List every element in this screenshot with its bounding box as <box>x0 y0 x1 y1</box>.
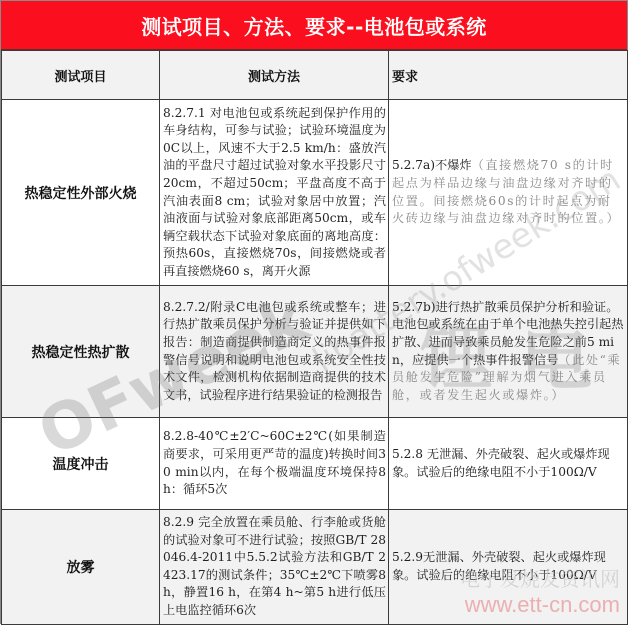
test-item-cell: 放雾 <box>2 510 160 625</box>
requirement-cell: 5.2.8 无泄漏、外壳破裂、起火或爆炸现象。试验后的绝缘电阻不小于100Ω/V <box>389 418 628 510</box>
test-spec-table: 测试项目 测试方法 要求 热稳定性外部火烧 8.2.7.1 对电池包或系统起到保… <box>1 50 628 625</box>
table-row: 热稳定性外部火烧 8.2.7.1 对电池包或系统起到保护作用的车身结构，可参与试… <box>2 100 628 286</box>
document-title: 测试项目、方法、要求--电池包或系统 <box>1 1 627 50</box>
test-item-cell: 热稳定性外部火烧 <box>2 100 160 286</box>
requirement-cell: 5.2.7b)进行热扩散乘员保护分析和验证。电池包或系统在由于单个电池热失控引起… <box>389 286 628 418</box>
header-test-item: 测试项目 <box>2 51 160 100</box>
test-method-cell: 8.2.7.2/附录C电池包或系统或整车；进行热扩散乘员保护分析与验证并提供如下… <box>160 286 389 418</box>
requirement-text: 5.2.9无泄漏、外壳破裂、起火或爆炸现象。试验后的绝缘电阻不小于100Ω/V <box>392 550 606 582</box>
requirement-text: 5.2.7a)不爆炸 <box>392 158 472 172</box>
header-requirement: 要求 <box>389 51 628 100</box>
requirement-cell: 5.2.9无泄漏、外壳破裂、起火或爆炸现象。试验后的绝缘电阻不小于100Ω/V <box>389 510 628 625</box>
table-row: 热稳定性热扩散 8.2.7.2/附录C电池包或系统或整车；进行热扩散乘员保护分析… <box>2 286 628 418</box>
requirement-cell: 5.2.7a)不爆炸（直接燃烧70 s的计时起点为样品边缘与油盘边缘对齐时的位置… <box>389 100 628 286</box>
test-method-cell: 8.2.9 完全放置在乘员舱、行李舱或货舱的试验对象可不进行试验；按照GB/T … <box>160 510 389 625</box>
test-item-cell: 温度冲击 <box>2 418 160 510</box>
header-test-method: 测试方法 <box>160 51 389 100</box>
test-method-cell: 8.2.7.1 对电池包或系统起到保护作用的车身结构，可参与试验；试验环境温度为… <box>160 100 389 286</box>
requirement-text: 5.2.8 无泄漏、外壳破裂、起火或爆炸现象。试验后的绝缘电阻不小于100Ω/V <box>392 447 610 479</box>
table-row: 温度冲击 8.2.8-40℃±2′C~60C±2℃(如果制造商要求，可采用更严苛… <box>2 418 628 510</box>
test-item-cell: 热稳定性热扩散 <box>2 286 160 418</box>
table-row: 放雾 8.2.9 完全放置在乘员舱、行李舱或货舱的试验对象可不进行试验；按照GB… <box>2 510 628 625</box>
test-method-cell: 8.2.8-40℃±2′C~60C±2℃(如果制造商要求，可采用更严苛的温度)转… <box>160 418 389 510</box>
table-header-row: 测试项目 测试方法 要求 <box>2 51 628 100</box>
